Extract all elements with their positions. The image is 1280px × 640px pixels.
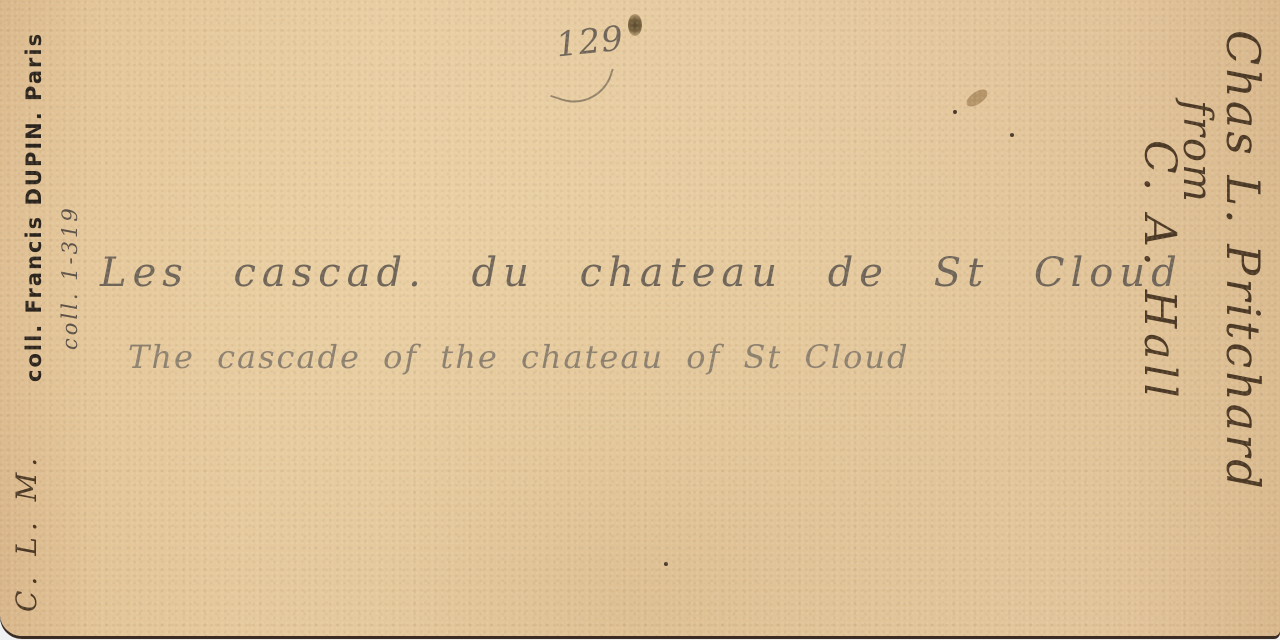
signature-name: Chas L. Pritchard: [1216, 30, 1270, 492]
speck: [664, 562, 668, 566]
initials: C. L. M.: [10, 452, 43, 612]
english-caption: The cascade of the chateau of St Cloud: [128, 338, 910, 376]
speck: [953, 110, 957, 114]
ink-stain: [628, 14, 642, 36]
stereoview-card-back: 129 Les cascad. du chateau de St Cloud T…: [0, 0, 1280, 636]
french-caption: Les cascad. du chateau de St Cloud: [100, 250, 1183, 296]
collection-stamp: coll. Francis DUPIN. Paris: [22, 32, 46, 382]
signature-source: C. A. Hall: [1134, 140, 1185, 403]
speck: [1010, 133, 1014, 137]
collection-number: coll. 1-319: [58, 205, 82, 350]
paper-stain: [964, 86, 991, 110]
